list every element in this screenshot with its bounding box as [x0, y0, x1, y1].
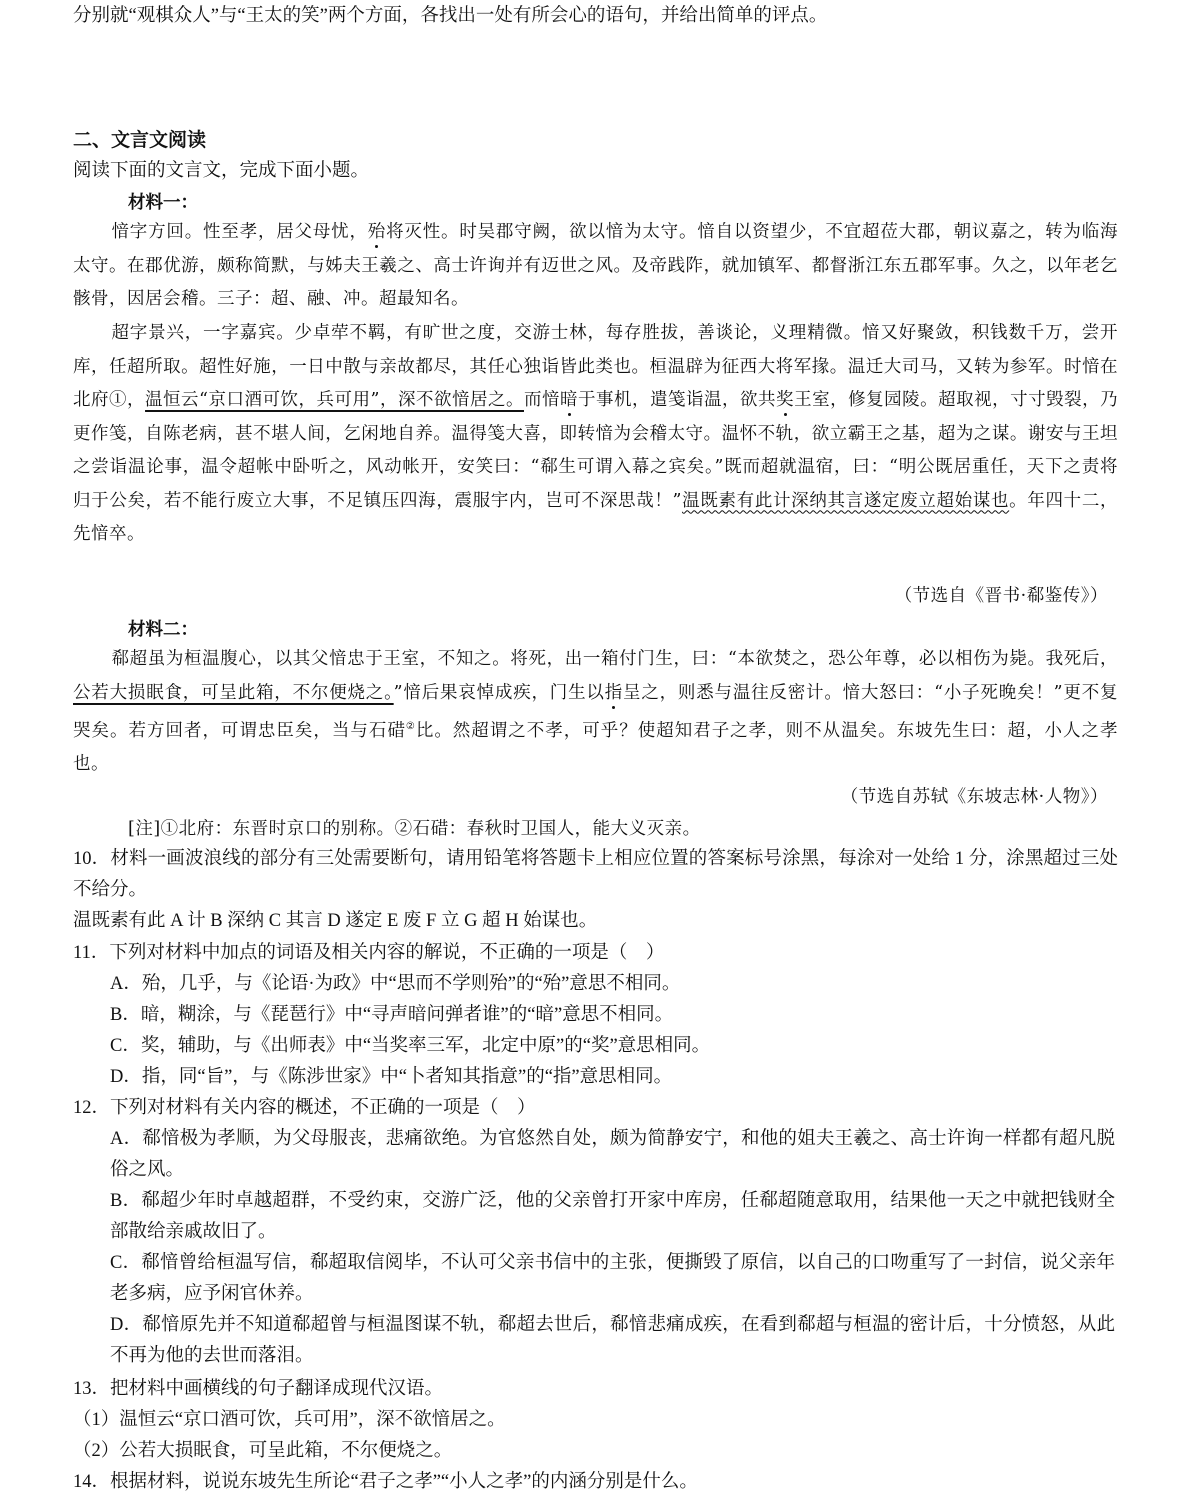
section-intro: 阅读下面的文言文，完成下面小题。: [73, 159, 369, 183]
underlined-sentence-2: 公若大损眠食，可呈此箱，不尔便烧之。: [73, 683, 394, 703]
text-run: 愔字方回。性至孝，居父母忧，: [112, 222, 368, 242]
material1-label: 材料一：: [128, 191, 198, 215]
q13-stem: 13．把材料中画横线的句子翻译成现代汉语。: [73, 1374, 1118, 1405]
text-run: 于事机，遣笺诣温，欲共: [578, 390, 776, 410]
dotted-word-zhi: 指: [605, 683, 623, 703]
wavy-underlined-sentence: 温既素有此计深纳其言遂定废立超始谋也: [682, 491, 1009, 511]
question-12: 12．下列对材料有关内容的概述，不正确的一项是（ ） A．郗愔极为孝顺，为父母服…: [73, 1093, 1118, 1372]
question-14: 14．根据材料，说说东坡先生所论“君子之孝”“小人之孝”的内涵分别是什么。: [73, 1467, 1118, 1498]
footnote-marker-2: ②: [406, 721, 416, 732]
question-11: 11．下列对材料中加点的词语及相关内容的解说，不正确的一项是（ ） A．殆，几乎…: [73, 938, 1118, 1093]
dotted-word-an: 暗: [560, 390, 578, 410]
material1-source: （节选自《晋书·郗鉴传》）: [895, 584, 1108, 608]
text-run: ”愔后果哀悼成疾，门生以: [394, 683, 605, 703]
material2-paragraph: 郗超虽为桓温腹心，以其父愔忠于王室，不知之。将死，出一箱付门生，曰：“本欲焚之，…: [73, 643, 1118, 782]
material2-label: 材料二：: [128, 618, 198, 642]
question-10: 10．材料一画波浪线的部分有三处需要断句，请用铅笔将答题卡上相应位置的答案标号涂…: [73, 844, 1118, 937]
material1-paragraph2: 超字景兴，一字嘉宾。少卓荦不羁，有旷世之度，交游士林，每存胜拔，善谈论，义理精微…: [73, 317, 1118, 552]
q11-option-d[interactable]: D．指，同“旨”，与《陈涉世家》中“卜者知其指意”的“指”意思相同。: [73, 1062, 1118, 1093]
q12-option-d[interactable]: D．郗愔原先并不知道郗超曾与桓温图谋不轨，郗超去世后，郗愔悲痛成疾，在看到郗超与…: [73, 1310, 1115, 1372]
material1-paragraph1: 愔字方回。性至孝，居父母忧，殆将灭性。时吴郡守阙，欲以愔为太守。愔自以资望少，不…: [73, 216, 1118, 317]
underlined-sentence-1: 温恒云“京口酒可饮，兵可用”，深不欲愔居之。: [145, 390, 524, 410]
dotted-word-dai: 殆: [368, 222, 386, 242]
q12-stem: 12．下列对材料有关内容的概述，不正确的一项是（ ）: [73, 1093, 1118, 1124]
q14-stem: 14．根据材料，说说东坡先生所论“君子之孝”“小人之孝”的内涵分别是什么。: [73, 1467, 1118, 1498]
q12-option-c[interactable]: C．郗愔曾给桓温写信，郗超取信阅毕，不认可父亲书信中的主张，便撕毁了原信，以自己…: [73, 1248, 1115, 1310]
q10-text: 10．材料一画波浪线的部分有三处需要断句，请用铅笔将答题卡上相应位置的答案标号涂…: [73, 844, 1118, 906]
q11-option-a[interactable]: A．殆，几乎，与《论语·为政》中“思而不学则殆”的“殆”意思不相同。: [73, 969, 1118, 1000]
q11-stem: 11．下列对材料中加点的词语及相关内容的解说，不正确的一项是（ ）: [73, 938, 1118, 969]
question-13: 13．把材料中画横线的句子翻译成现代汉语。 （1）温恒云“京口酒可饮，兵可用”，…: [73, 1374, 1118, 1467]
q10-sentence: 温既素有此 A 计 B 深纳 C 其言 D 遂定 E 废 F 立 G 超 H 始…: [73, 906, 1118, 937]
text-run: 郗超虽为桓温腹心，以其父愔忠于王室，不知之。将死，出一箱付门生，曰：“本欲焚之，…: [112, 649, 1119, 669]
q12-option-a[interactable]: A．郗愔极为孝顺，为父母服丧，悲痛欲绝。为官悠然自处，颇为简静安宁，和他的姐夫王…: [73, 1124, 1115, 1186]
text-run: ，: [127, 390, 145, 410]
section-title: 二、文言文阅读: [73, 128, 206, 152]
dotted-word-jiang: 奖: [776, 390, 794, 410]
footnote-marker-1: ①: [109, 390, 127, 410]
text-run: 而愔: [524, 390, 560, 410]
material2-source: （节选自苏轼《东坡志林·人物》）: [841, 785, 1108, 809]
q13-item-2: （2）公若大损眠食，可呈此箱，不尔便烧之。: [73, 1436, 1118, 1467]
q12-option-b[interactable]: B．郗超少年时卓越超群，不受约束，交游广泛，他的父亲曾打开家中库房，任郗超随意取…: [73, 1186, 1115, 1248]
top-instruction: 分别就“观棋众人”与“王太的笑”两个方面，各找出一处有所会心的语句，并给出简单的…: [73, 4, 827, 28]
q11-option-c[interactable]: C．奖，辅助，与《出师表》中“当奖率三军，北定中原”的“奖”意思相同。: [73, 1031, 1118, 1062]
annotation-note: [注]①北府：东晋时京口的别称。②石碏：春秋时卫国人，能大义灭亲。: [128, 817, 701, 841]
q11-option-b[interactable]: B．暗，糊涂，与《琵琶行》中“寻声暗问弹者谁”的“暗”意思不相同。: [73, 1000, 1118, 1031]
q13-item-1: （1）温恒云“京口酒可饮，兵可用”，深不欲愔居之。: [73, 1405, 1118, 1436]
